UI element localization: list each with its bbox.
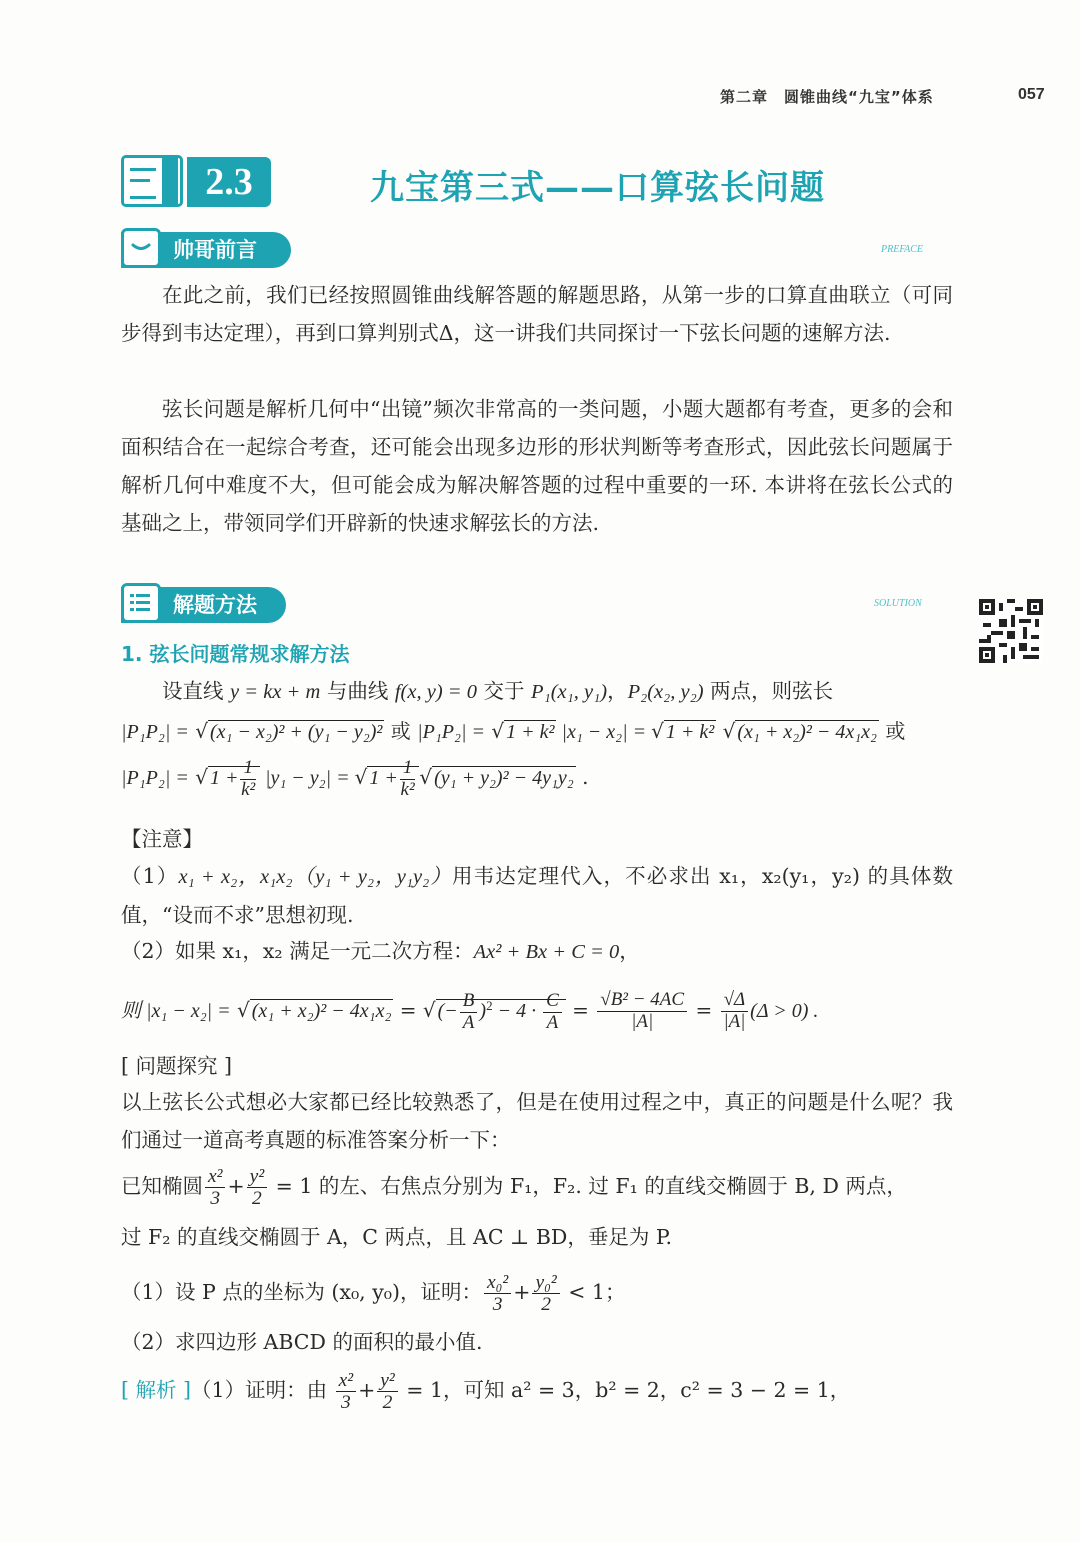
denominator: 3 xyxy=(336,1392,356,1413)
chord-formula-2: |P₁P₂| = √1 +1k² |y₁ − y₂| = √1 +1k²√(y₁… xyxy=(121,758,953,801)
denominator: |A| xyxy=(721,1012,749,1033)
section-badge: 2.3 xyxy=(121,155,271,209)
speech-bubble-icon xyxy=(121,228,161,268)
chord-formula-1: |P₁P₂| = √(x₁ − x₂)² + (y₁ − y₂)² 或 |P₁P… xyxy=(121,712,953,751)
period: . xyxy=(576,765,589,789)
preface-english-label: PREFACE xyxy=(881,244,923,255)
numerator: x² xyxy=(205,1166,225,1188)
subheading: 1. 弦长问题常规求解方法 xyxy=(121,638,349,667)
intro-line: 设直线 y = kx + m 与曲线 f(x, y) = 0 交于 P₁(x₁,… xyxy=(121,672,953,711)
text: = 1，可知 a² = 3，b² = 2，c² = 3 − 2 = 1， xyxy=(400,1378,851,1402)
numerator: x² xyxy=(336,1370,356,1392)
text: = 1 的左、右焦点分别为 F₁，F₂. 过 F₁ 的直线交椭圆于 B, D 两… xyxy=(269,1174,907,1198)
text: （2）如果 x₁，x₂ 满足一元二次方程： xyxy=(121,939,474,963)
numerator: y² xyxy=(377,1370,397,1392)
radicand: 1 +1k² xyxy=(208,766,260,789)
list-icon xyxy=(121,583,161,623)
qr-code[interactable] xyxy=(979,599,1043,663)
denominator: 2 xyxy=(377,1392,397,1413)
numerator: 1 xyxy=(400,758,416,780)
text: 已知椭圆 xyxy=(121,1174,203,1198)
problem-statement-2: 过 F₂ 的直线交椭圆于 A，C 两点，且 AC ⊥ BD，垂足为 P. xyxy=(121,1218,953,1256)
denominator: A xyxy=(460,1013,478,1034)
denominator: 2 xyxy=(532,1294,559,1315)
preface-heading: 帅哥前言 xyxy=(121,232,291,268)
analysis: [ 解析 ]（1）证明：由 x²3+y²2 = 1，可知 a² = 3，b² =… xyxy=(121,1366,953,1414)
text: B² − 4AC xyxy=(611,989,684,1010)
point-p1: P₁(x₁, y₁) xyxy=(531,681,607,703)
lhs: |P₁P₂| = xyxy=(417,721,485,743)
or-text: 或 xyxy=(384,719,417,743)
text: Δ xyxy=(734,989,745,1010)
point-p2: P₂(x₂, y₂) xyxy=(628,681,704,703)
radicand: (x₁ + x₂)² − 4x₁x₂ xyxy=(735,720,879,743)
or-text: 或 xyxy=(879,719,905,743)
section-title: 九宝第三式——口算弦长问题 xyxy=(370,160,825,209)
condition: (Δ > 0) . xyxy=(750,1000,818,1022)
radicand: (−BA)2 − 4 · CA xyxy=(436,999,566,1022)
text: 1 + xyxy=(210,767,239,789)
numerator: y₀² xyxy=(532,1272,559,1294)
denominator: 3 xyxy=(484,1294,511,1315)
denominator: |A| xyxy=(597,1012,687,1033)
solution-english-label: SOLUTION xyxy=(874,598,922,609)
book-icon xyxy=(121,155,183,207)
radicand: 1 + k² xyxy=(504,720,556,743)
text: 交于 xyxy=(477,679,531,703)
analysis-tag: [ 解析 ] xyxy=(121,1378,191,1402)
numerator: C xyxy=(543,991,562,1013)
denominator: A xyxy=(543,1013,562,1034)
question-2: （2）求四边形 ABCD 的面积的最小值. xyxy=(121,1323,953,1361)
preface-paragraph-1: 在此之前，我们已经按照圆锥曲线解答题的解题思路，从第一步的口算直曲联立（可同步得… xyxy=(121,276,953,352)
text: （1） xyxy=(121,864,178,888)
denominator: 2 xyxy=(247,1188,267,1209)
section-number: 2.3 xyxy=(187,157,271,207)
note-2: （2）如果 x₁，x₂ 满足一元二次方程：Ax² + Bx + C = 0， xyxy=(121,932,953,971)
text: （1）设 P 点的坐标为 (x₀, y₀)，证明： xyxy=(121,1280,482,1304)
denominator: 3 xyxy=(205,1188,225,1209)
abs-diff: |y₁ − y₂| = xyxy=(260,767,355,789)
numerator: √B² − 4AC xyxy=(597,990,687,1012)
radicand: 1 +1k² xyxy=(367,766,419,789)
text: ， xyxy=(619,939,640,963)
curve-equation: f(x, y) = 0 xyxy=(395,681,477,703)
note-title: 【注意】 xyxy=(121,820,953,858)
text: 1 + xyxy=(369,767,398,789)
abs-diff: |x₁ − x₂| = xyxy=(556,721,651,743)
quadratic-equation: Ax² + Bx + C = 0 xyxy=(474,941,620,963)
note-1: （1）x₁ + x₂，x₁x₂（y₁ + y₂，y₁y₂）用韦达定理代入，不必求… xyxy=(121,857,953,934)
lhs: |P₁P₂| = xyxy=(121,721,189,743)
denominator: k² xyxy=(400,780,416,801)
numerator: 1 xyxy=(240,758,256,780)
text: ， xyxy=(607,679,628,703)
lhs: |P₁P₂| = xyxy=(121,767,189,789)
numerator: y² xyxy=(247,1166,267,1188)
explore-text: 以上弦长公式想必大家都已经比较熟悉了，但是在使用过程之中，真正的问题是什么呢？我… xyxy=(121,1083,953,1159)
text: 与曲线 xyxy=(320,679,395,703)
preface-paragraph-2: 弦长问题是解析几何中“出镜”频次非常高的一类问题，小题大题都有考查，更多的会和面… xyxy=(121,390,953,542)
radicand: (x₁ − x₂)² + (y₁ − y₂)² xyxy=(208,720,384,743)
text: 设直线 xyxy=(162,679,230,703)
solution-heading: 解题方法 xyxy=(121,587,286,623)
numerator: x₀² xyxy=(484,1272,511,1294)
equals: = xyxy=(393,998,422,1022)
page-number: 057 xyxy=(1018,86,1045,104)
radicand: (y₁ + y₂)² − 4y₁y₂ xyxy=(432,766,576,789)
running-head: 第二章 圆锥曲线“九宝”体系 xyxy=(720,86,934,107)
problem-statement: 已知椭圆x²3+y²2 = 1 的左、右焦点分别为 F₁，F₂. 过 F₁ 的直… xyxy=(121,1162,953,1210)
text: − 4 · xyxy=(493,1000,542,1022)
radicand: (x₁ + x₂)² − 4x₁x₂ xyxy=(250,999,394,1022)
discriminant-formula: 则 |x₁ − x₂| = √(x₁ + x₂)² − 4x₁x₂ = √(−B… xyxy=(121,978,953,1039)
line-equation: y = kx + m xyxy=(230,681,320,703)
denominator: k² xyxy=(240,780,256,801)
text: 两点，则弦长 xyxy=(704,679,834,703)
lhs: 则 |x₁ − x₂| = xyxy=(121,1000,231,1022)
math: x₁ + x₂，x₁x₂（y₁ + y₂，y₁y₂） xyxy=(178,866,452,888)
explore-title: [ 问题探究 ] xyxy=(121,1047,953,1085)
numerator: √Δ xyxy=(721,990,749,1012)
numerator: B xyxy=(460,991,478,1013)
radicand: 1 + k² xyxy=(664,720,716,743)
text: < 1； xyxy=(562,1280,626,1304)
text: （1）证明：由 xyxy=(191,1378,334,1402)
question-1: （1）设 P 点的坐标为 (x₀, y₀)，证明：x₀²3+y₀²2 < 1； xyxy=(121,1268,953,1316)
